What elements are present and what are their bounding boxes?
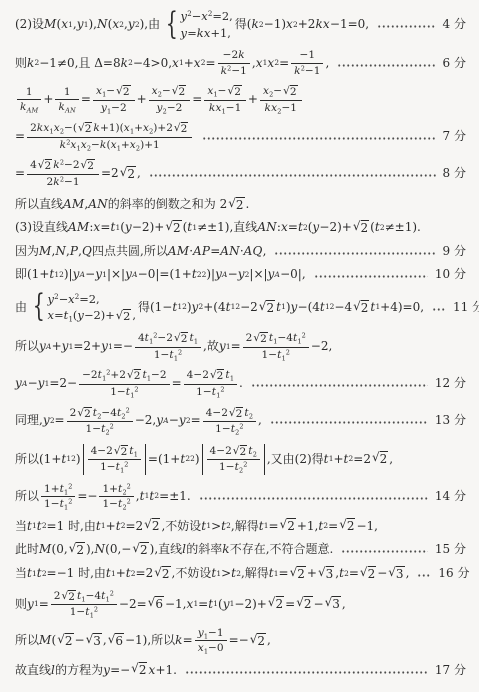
fraction: −1k2−1: [291, 49, 323, 76]
solution-line: 当 t1t2=1 时,由 t1+t2=2√2,不妨设 t1>t2,解得 t1=√…: [15, 518, 466, 533]
solution-line: 1kAM+1kAN=x1−√2y1−2+x2−√2y2−2=x1−√2kx1−1…: [15, 85, 466, 114]
square-root: √2: [120, 166, 136, 181]
dotted-leader: [377, 25, 435, 28]
square-root: √2: [174, 122, 188, 136]
dotted-leader: [432, 308, 446, 311]
fraction: 2√2t2−4t221−t22: [67, 407, 133, 436]
fraction: 1+t121−t12: [41, 483, 75, 510]
fraction: 4−2√2t11−t12: [88, 445, 141, 474]
dotted-leader: [202, 137, 435, 140]
score-mark: 7 分: [442, 129, 466, 144]
dotted-leader: [341, 550, 428, 553]
fraction: 4t12−2√2t11−t12: [135, 332, 201, 361]
solution-line: 当 t1t2=−1 时,由 t1+t2=2√2,不妨设 t1>t2,解得 t1=…: [15, 566, 466, 581]
fraction: 4√2k2−2√22k2−1: [27, 159, 99, 188]
square-root: √2: [360, 566, 376, 581]
solution-line: 则 k2−1≠0,且 Δ=8k2−4>0,x1+x2=−2kk2−1,x1x2=…: [15, 49, 466, 76]
square-root: √2: [81, 159, 95, 173]
math-expression: 1kAM+1kAN=x1−√2y1−2+x2−√2y2−2=x1−√2kx1−1…: [15, 85, 304, 114]
square-root: √2: [250, 633, 266, 648]
fraction: 2√2t1−4t121−t12: [51, 590, 117, 619]
square-root: √2: [114, 445, 128, 459]
square-root: √2: [353, 300, 369, 315]
fraction: y1−1x1−0: [195, 627, 227, 654]
absolute-value: 4−2√2t21−t22: [202, 444, 265, 475]
solution-line: 所以 M(√2−√3,√6−1),所以 k=y1−1x1−0=−√2,: [15, 627, 466, 654]
square-root: √2: [353, 220, 369, 235]
fraction: x2−√2kx2−1: [260, 85, 302, 114]
fraction: 2kx1x2−(√2k+1)(x1+x2)+2√2k2x1x2−k(x1+x2)…: [27, 122, 192, 151]
cases-brace: {y2−x2=2,y=kx+1,: [162, 8, 233, 41]
math-expression: 故直线 l 的方程为 y=−√2x+1.: [15, 662, 177, 677]
dotted-leader: [199, 497, 428, 500]
solution-line: 则 y1=2√2t1−4t121−t12−2=√6−1,x1=t1(y1−2)+…: [15, 590, 466, 619]
square-root: √2: [253, 332, 267, 346]
fraction: x1−√2kx1−1: [204, 85, 246, 114]
math-expression: 则 k2−1≠0,且 Δ=8k2−4>0,x1+x2=−2kk2−1,x1x2=…: [15, 49, 329, 76]
solution-line: 即(1+t12)|yA−y1|×|yA−0|=(1+t22)|yA−y2|×|y…: [15, 267, 466, 282]
square-root: √2: [283, 85, 297, 99]
dotted-leader: [185, 671, 428, 674]
math-expression: 所以直线 AM,AN 的斜率的倒数之和为 2√2.: [15, 197, 249, 212]
solution-line: =4√2k2−2√22k2−1=2√2,8 分: [15, 159, 466, 188]
math-expression: 所以(1+t12)4−2√2t11−t12=(1+t22)4−2√2t21−t2…: [15, 444, 393, 475]
fraction: 4−2√2t11−t12: [184, 369, 237, 398]
math-expression: (3)设直线 AM:x=t1(y−2)+√2(t1≠±1),直线 AN:x=t2…: [15, 220, 421, 235]
dotted-leader: [251, 384, 428, 387]
square-root: √2: [290, 566, 306, 581]
math-expression: =2kx1x2−(√2k+1)(x1+x2)+2√2k2x1x2−k(x1+x2…: [15, 122, 194, 151]
square-root: √2: [131, 662, 147, 677]
square-root: √2: [62, 590, 76, 604]
score-mark: 6 分: [442, 56, 466, 71]
solution-line: 此时 M(0,√2),N(0,−√2),直线 l 的斜率 k 不存在,不符合题意…: [15, 542, 466, 557]
square-root: √2: [132, 542, 148, 557]
square-root: √2: [280, 518, 296, 533]
score-mark: 14 分: [434, 489, 466, 504]
fraction: −2t12+2√2t1−21−t12: [79, 369, 170, 398]
square-root: √6: [148, 596, 164, 611]
solution-line: 故直线 l 的方程为 y=−√2x+1.17 分: [15, 662, 466, 677]
cases-brace: {y2−x2=2,x=t1(y−2)+√2,: [29, 291, 136, 324]
fraction: −2kk2−1: [218, 49, 250, 76]
score-mark: 12 分: [434, 376, 466, 391]
dotted-leader: [314, 275, 428, 278]
square-root: √2: [339, 518, 355, 533]
math-expression: 由{y2−x2=2,x=t1(y−2)+√2,得(1−t12)y2+(4t12−…: [15, 291, 424, 324]
square-root: √2: [69, 542, 85, 557]
fraction: x1−√2y1−2: [93, 85, 135, 114]
square-root: √2: [174, 332, 188, 346]
dotted-leader: [149, 174, 436, 177]
score-mark: 17 分: [434, 663, 466, 678]
square-root: √2: [38, 159, 52, 173]
solution-line: 因为 M,N,P,Q 四点共圆,所以 AM·AP=AN·AQ,9 分: [15, 244, 466, 259]
square-root: √2: [172, 85, 186, 99]
fraction: x2−√2y2−2: [149, 85, 191, 114]
score-mark: 10 分: [434, 267, 466, 282]
math-expression: 同理,y2=2√2t2−4t221−t22−2,yA−y2=4−2√2t21−t…: [15, 407, 262, 436]
math-expression: 当 t1t2=−1 时,由 t1+t2=2√2,不妨设 t1>t2,解得 t1=…: [15, 566, 409, 581]
solution-line: 所以1+t121−t12=−1+t221−t22,t1t2=±1.14 分: [15, 483, 466, 510]
math-expression: 则 y1=2√2t1−4t121−t12−2=√6−1,x1=t1(y1−2)+…: [15, 590, 346, 619]
dotted-leader: [270, 421, 428, 424]
score-mark: 13 分: [434, 413, 466, 428]
square-root: √2: [229, 407, 243, 421]
square-root: √2: [77, 407, 91, 421]
fraction: 2√2t1−4t121−t12: [243, 332, 309, 361]
score-mark: 9 分: [442, 244, 466, 259]
math-expression: yA−y1=2−−2t12+2√2t1−21−t12=4−2√2t11−t12.: [15, 369, 243, 398]
square-root: √2: [116, 85, 130, 99]
solution-line: (2)设 M(x1,y1),N(x2,y2),由{y2−x2=2,y=kx+1,…: [15, 8, 466, 41]
score-mark: 4 分: [442, 17, 466, 32]
absolute-value: 4−2√2t11−t12: [83, 444, 146, 475]
solution-line: yA−y1=2−−2t12+2√2t1−21−t12=4−2√2t11−t12.…: [15, 369, 466, 398]
math-expression: =4√2k2−2√22k2−1=2√2,: [15, 159, 141, 188]
square-root: √3: [325, 596, 341, 611]
dotted-leader: [274, 252, 435, 255]
square-root: √2: [259, 300, 275, 315]
math-expression: 因为 M,N,P,Q 四点共圆,所以 AM·AP=AN·AQ,: [15, 244, 266, 259]
square-root: √3: [318, 566, 334, 581]
score-mark: 15 分: [434, 542, 466, 557]
square-root: √2: [165, 220, 181, 235]
square-root: √6: [108, 633, 124, 648]
document-page: (2)设 M(x1,y1),N(x2,y2),由{y2−x2=2,y=kx+1,…: [0, 0, 479, 692]
solution-line: 同理,y2=2√2t2−4t221−t22−2,yA−y2=4−2√2t21−t…: [15, 407, 466, 436]
math-expression: 所以 M(√2−√3,√6−1),所以 k=y1−1x1−0=−√2,: [15, 627, 271, 654]
solution-line: 由{y2−x2=2,x=t1(y−2)+√2,得(1−t12)y2+(4t12−…: [15, 291, 466, 324]
solution-line: (3)设直线 AM:x=t1(y−2)+√2(t1≠±1),直线 AN:x=t2…: [15, 220, 466, 235]
square-root: √3: [388, 566, 404, 581]
dotted-leader: [417, 574, 431, 577]
dotted-leader: [337, 64, 435, 67]
fraction: 1+t221−t22: [99, 483, 133, 510]
score-mark: 16 分: [437, 566, 469, 581]
square-root: √2: [210, 369, 224, 383]
square-root: √2: [372, 451, 388, 466]
math-expression: 此时 M(0,√2),N(0,−√2),直线 l 的斜率 k 不存在,不符合题意…: [15, 542, 333, 557]
math-expression: (2)设 M(x1,y1),N(x2,y2),由{y2−x2=2,y=kx+1,…: [15, 8, 369, 41]
square-root: √2: [154, 566, 170, 581]
math-expression: 所以1+t121−t12=−1+t221−t22,t1t2=±1.: [15, 483, 191, 510]
square-root: √2: [78, 122, 92, 136]
score-mark: 11 分: [452, 300, 479, 315]
square-root: √2: [228, 197, 244, 212]
solution-line: 所以(1+t12)4−2√2t11−t12=(1+t22)4−2√2t21−t2…: [15, 444, 466, 475]
square-root: √2: [116, 309, 132, 324]
math-expression: 所以 yA+y1=2+y1=−4t12−2√2t11−t12,故 y1=2√2t…: [15, 332, 332, 361]
fraction: 1kAN: [55, 86, 78, 113]
square-root: √2: [233, 445, 247, 459]
square-root: √2: [227, 85, 241, 99]
square-root: √2: [144, 518, 160, 533]
square-root: √2: [57, 633, 73, 648]
square-root: √2: [296, 596, 312, 611]
score-mark: 8 分: [442, 166, 466, 181]
solution-line: =2kx1x2−(√2k+1)(x1+x2)+2√2k2x1x2−k(x1+x2…: [15, 122, 466, 151]
solution-line: 所以 yA+y1=2+y1=−4t12−2√2t11−t12,故 y1=2√2t…: [15, 332, 466, 361]
fraction: 1kAM: [17, 86, 41, 113]
fraction: 4−2√2t21−t22: [207, 445, 260, 474]
math-expression: 当 t1t2=1 时,由 t1+t2=2√2,不妨设 t1>t2,解得 t1=√…: [15, 518, 378, 533]
math-expression: 即(1+t12)|yA−y1|×|yA−0|=(1+t22)|yA−y2|×|y…: [15, 267, 306, 282]
solution-lines: (2)设 M(x1,y1),N(x2,y2),由{y2−x2=2,y=kx+1,…: [15, 8, 466, 678]
square-root: √2: [268, 596, 284, 611]
solution-line: 所以直线 AM,AN 的斜率的倒数之和为 2√2.: [15, 197, 466, 212]
fraction: 4−2√2t21−t22: [203, 407, 256, 436]
square-root: √3: [86, 633, 102, 648]
square-root: √2: [127, 369, 141, 383]
